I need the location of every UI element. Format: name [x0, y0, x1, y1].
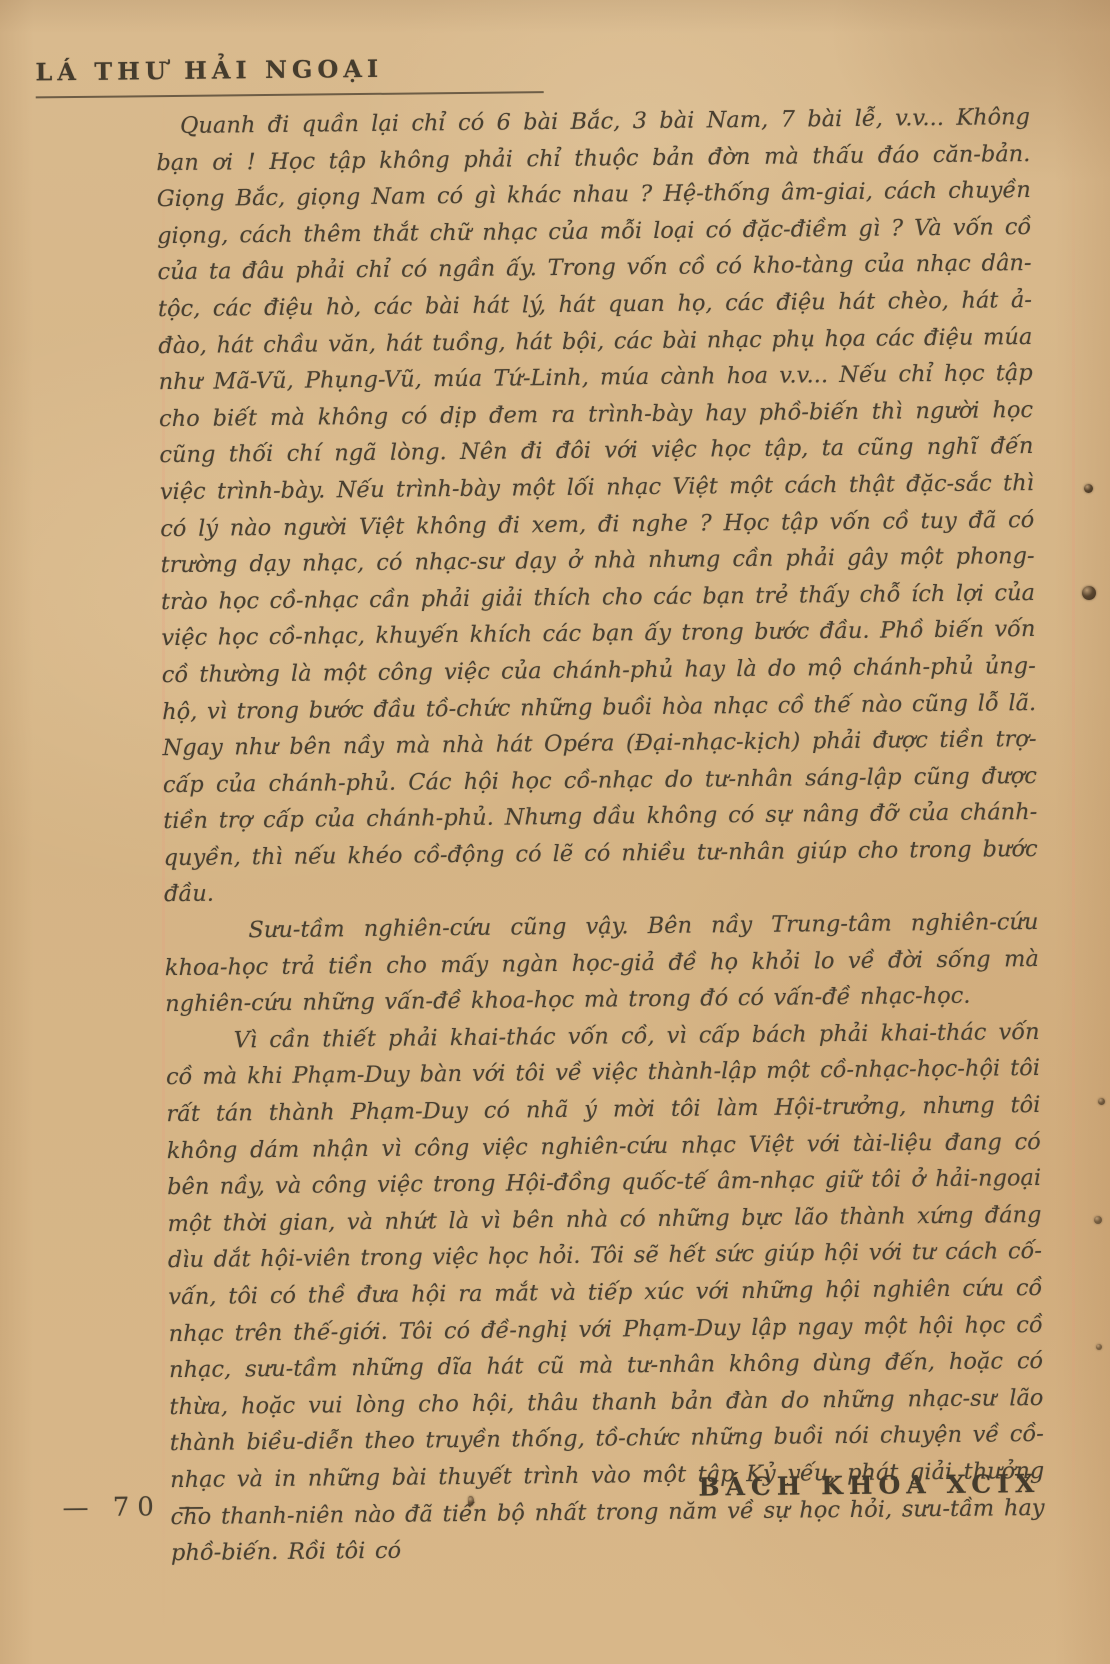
ink-speck: [468, 1496, 474, 1506]
ink-speck: [1082, 586, 1096, 600]
ink-speck: [1098, 1098, 1105, 1105]
paragraph: Sưu-tầm nghiên-cứu cũng vậy. Bên nầy Tru…: [164, 904, 1039, 1023]
journal-title: BÁCH KHOA XCIX: [698, 1469, 1040, 1502]
article-body: Quanh đi quần lại chỉ có 6 bài Bắc, 3 bà…: [156, 99, 1045, 1572]
page-title: LÁ THƯ HẢI NGOẠI: [35, 52, 543, 98]
paragraph: Quanh đi quần lại chỉ có 6 bài Bắc, 3 bà…: [156, 99, 1038, 913]
ink-speck: [1096, 1344, 1102, 1350]
scanned-magazine-page: { "header": { "title": "LÁ THƯ HẢI NGOẠI…: [0, 0, 1110, 1664]
ink-speck: [1094, 1216, 1102, 1224]
page-number: — 70 —: [62, 1492, 212, 1524]
ink-speck: [1084, 484, 1093, 493]
page-content: LÁ THƯ HẢI NGOẠI Quanh đi quần lại chỉ c…: [0, 0, 1110, 1664]
